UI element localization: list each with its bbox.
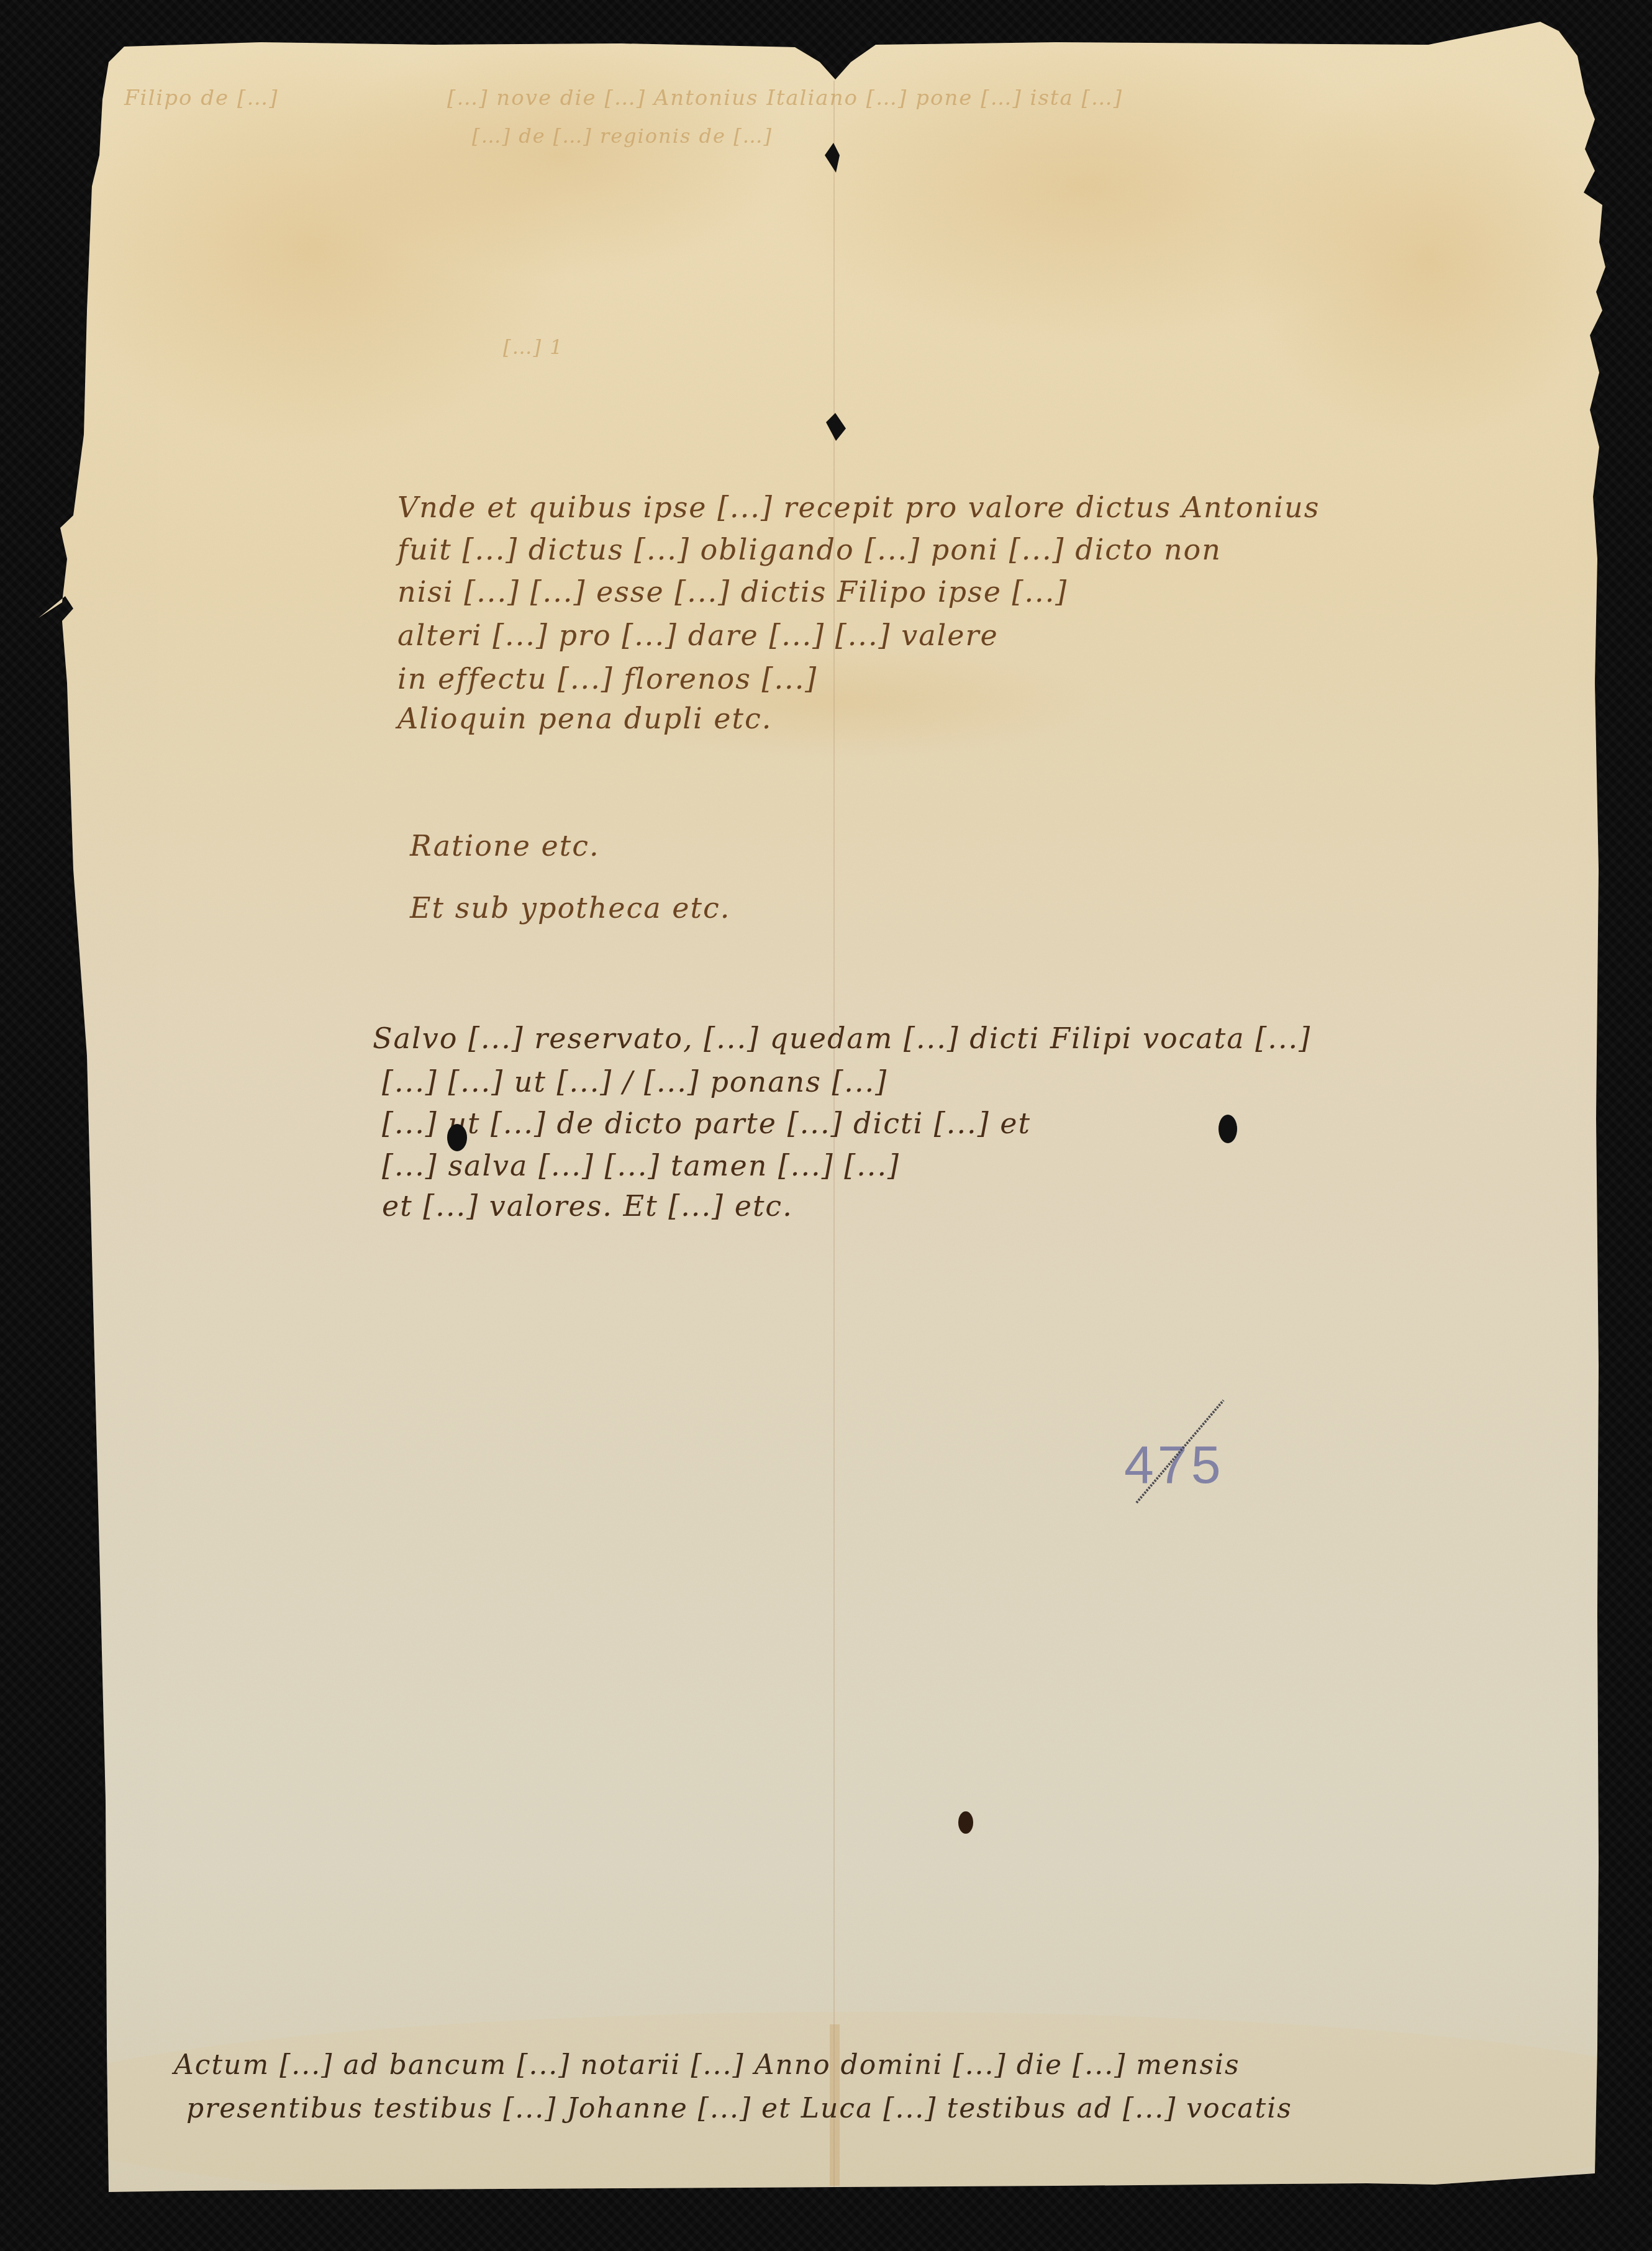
ink-blot — [958, 1811, 973, 1834]
block4-line-5: et [...] valores. Et [...] etc. — [382, 1189, 793, 1223]
text-layer: Filipo de […] […] nove die […] Antonius … — [0, 0, 1652, 2251]
block4-line-1: Salvo [...] reservato, [...] quedam [...… — [373, 1021, 1311, 1055]
block1-line-5: in effectu [...] florenos [...] — [397, 662, 817, 695]
ypotheca-line: Et sub ypotheca etc. — [410, 891, 730, 925]
header-faded-right: […] nove die […] Antonius Italiano […] p… — [447, 86, 1123, 111]
closing-line-2: presentibus testibus [...] Johanne [...]… — [186, 2093, 1292, 2124]
block1-line-1: Vnde et quibus ipse [...] recepit pro va… — [397, 491, 1320, 524]
penalty-clause: Alioquin pena dupli etc. — [397, 702, 772, 735]
block1-line-2: fuit [...] dictus [...] obligando [...] … — [397, 533, 1222, 566]
block1-line-3: nisi [...] [...] esse [...] dictis Filip… — [397, 575, 1068, 609]
paper-hole-left — [447, 1124, 467, 1151]
block4-line-2: [...] [...] ut [...] / [...] ponans [...… — [382, 1065, 887, 1098]
header-faded-line2: […] de […] regionis de […] — [472, 124, 773, 148]
ratione-line: Ratione etc. — [410, 829, 600, 863]
folio-strike-icon — [1118, 1391, 1242, 1515]
manuscript-sheet: Filipo de […] […] nove die […] Antonius … — [0, 0, 1652, 2251]
block4-line-3: [...] ut [...] de dicto parte [...] dict… — [382, 1107, 1031, 1140]
block1-line-4: alteri [...] pro [...] dare [...] [...] … — [397, 618, 999, 652]
marginal-mark: […] 1 — [503, 335, 564, 359]
header-faded-left: Filipo de […] — [124, 86, 278, 111]
block4-line-4: [...] salva [...] [...] tamen [...] [...… — [382, 1149, 900, 1182]
paper-hole-right — [1219, 1115, 1237, 1143]
closing-line-1: Actum [...] ad bancum [...] notarii [...… — [174, 2049, 1240, 2081]
